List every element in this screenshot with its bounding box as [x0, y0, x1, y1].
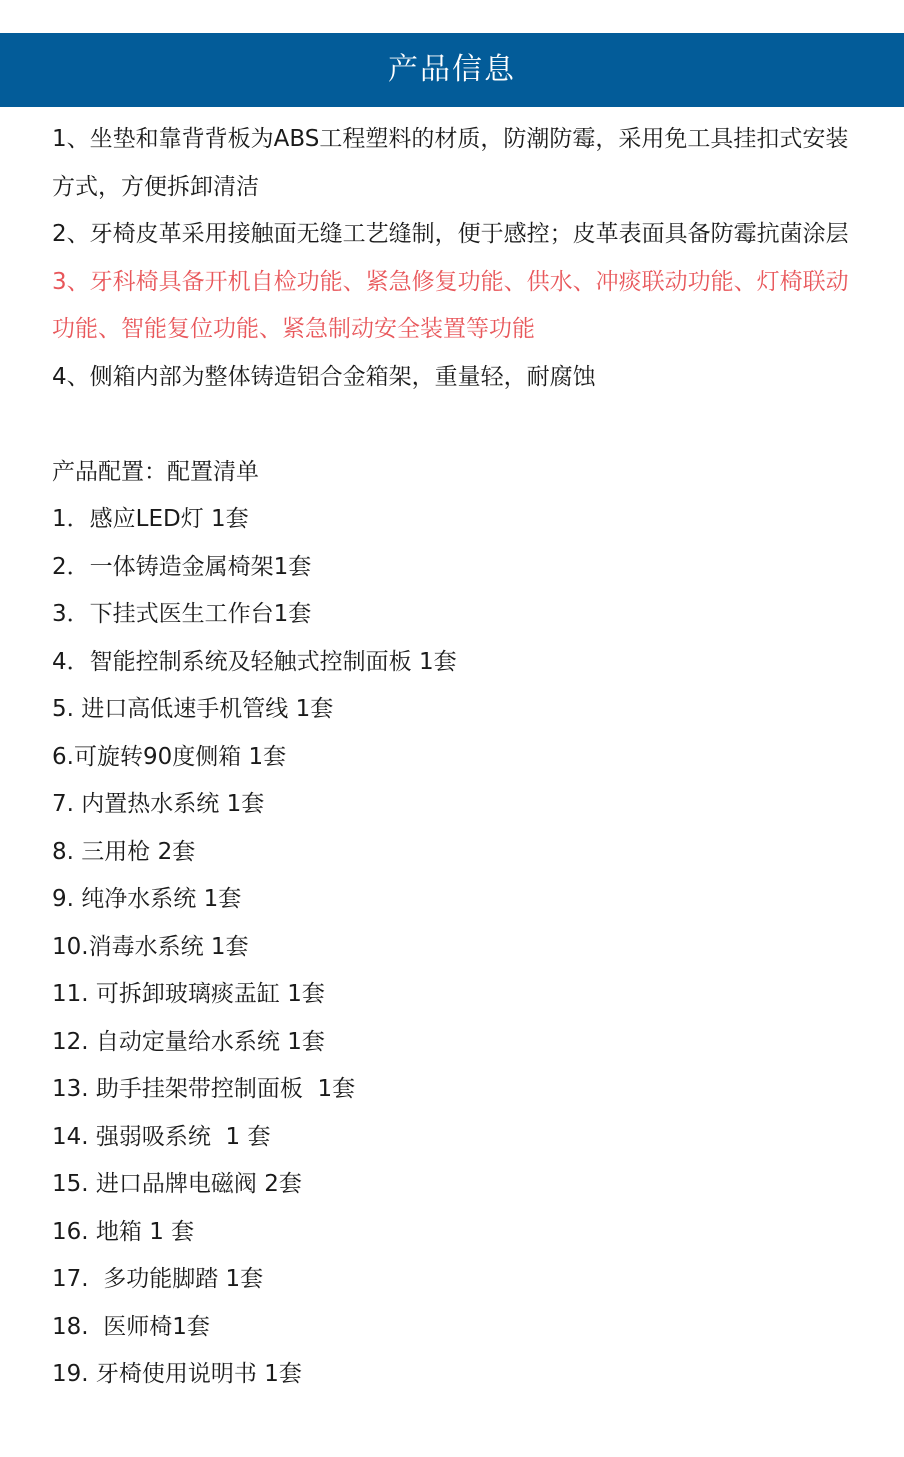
feature-item-3-highlighted: 3、牙科椅具备开机自检功能、紧急修复功能、供水、冲痰联动功能、灯椅联动功能、智能…: [52, 259, 852, 354]
config-heading: 产品配置：配置清单: [52, 449, 852, 497]
config-item: 17. 多功能脚踏 1套: [52, 1256, 852, 1304]
section-header: 产品信息: [0, 33, 904, 107]
config-item: 18. 医师椅1套: [52, 1304, 852, 1352]
config-item: 2．一体铸造金属椅架1套: [52, 544, 852, 592]
config-item: 7. 内置热水系统 1套: [52, 781, 852, 829]
config-item: 3．下挂式医生工作台1套: [52, 591, 852, 639]
feature-item-1: 1、坐垫和靠背背板为ABS工程塑料的材质，防潮防霉，采用免工具挂扣式安装方式，方…: [52, 116, 852, 211]
config-item: 1．感应LED灯 1套: [52, 496, 852, 544]
feature-item-4: 4、侧箱内部为整体铸造铝合金箱架，重量轻，耐腐蚀: [52, 354, 852, 402]
config-item: 19. 牙椅使用说明书 1套: [52, 1351, 852, 1399]
config-item: 14. 强弱吸系统 1 套: [52, 1114, 852, 1162]
config-item: 11. 可拆卸玻璃痰盂缸 1套: [52, 971, 852, 1019]
config-item: 10.消毒水系统 1套: [52, 924, 852, 972]
config-item: 15. 进口品牌电磁阀 2套: [52, 1161, 852, 1209]
section-title: 产品信息: [388, 55, 516, 85]
feature-item-2: 2、牙椅皮革采用接触面无缝工艺缝制，便于感控；皮革表面具备防霉抗菌涂层: [52, 211, 852, 259]
product-info-content: 1、坐垫和靠背背板为ABS工程塑料的材质，防潮防霉，采用免工具挂扣式安装方式，方…: [52, 116, 852, 1399]
config-item: 8. 三用枪 2套: [52, 829, 852, 877]
config-item: 9. 纯净水系统 1套: [52, 876, 852, 924]
config-item: 12. 自动定量给水系统 1套: [52, 1019, 852, 1067]
config-item: 5. 进口高低速手机管线 1套: [52, 686, 852, 734]
config-item: 6.可旋转90度侧箱 1套: [52, 734, 852, 782]
config-item: 4．智能控制系统及轻触式控制面板 1套: [52, 639, 852, 687]
config-item: 16. 地箱 1 套: [52, 1209, 852, 1257]
section-spacer: [52, 401, 852, 449]
config-item: 13. 助手挂架带控制面板 1套: [52, 1066, 852, 1114]
